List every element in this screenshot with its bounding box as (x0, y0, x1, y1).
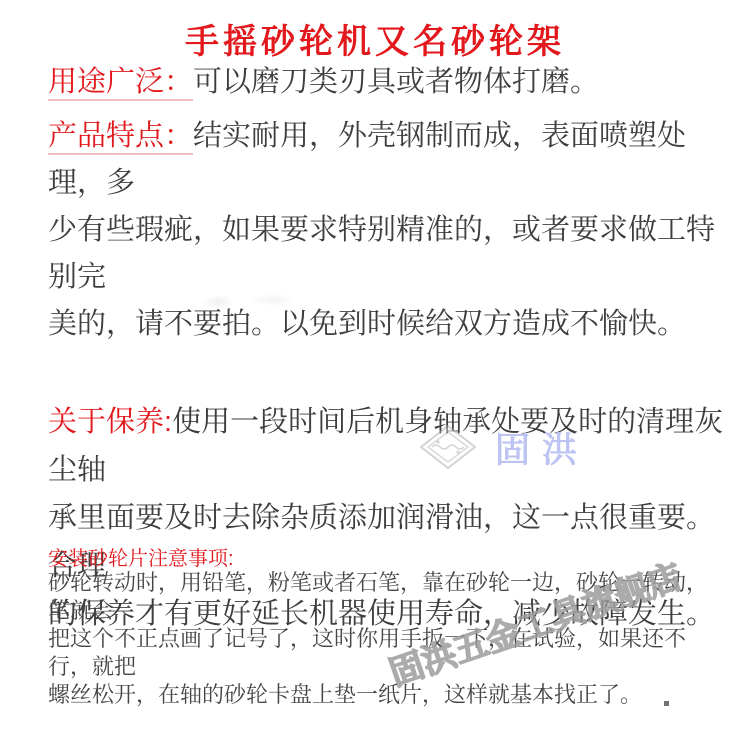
features-paragraph: 产品特点：结实耐用，外壳钢制而成，表面喷塑处理，多 少有些瑕疵，如果要求特别精准… (48, 113, 726, 348)
page-title: 手摇砂轮机又名砂轮架 (0, 14, 750, 63)
features-label: 产品特点： (48, 120, 193, 155)
product-description-page: 手摇砂轮机又名砂轮架 用途广泛：可以磨刀类刃具或者物体打磨。 产品特点：结实耐用… (0, 0, 750, 750)
speck-artifact (664, 701, 669, 706)
diamond-seal-icon (420, 425, 476, 469)
brand-watermark-blue: 固洪 (495, 423, 589, 473)
usage-label: 用途广泛： (48, 66, 193, 101)
install-notes-title: 安装砂轮片注意事项: (48, 542, 234, 571)
maintenance-label: 关于保养: (48, 406, 172, 438)
usage-text: 可以磨刀类刃具或者物体打磨。 (193, 66, 599, 98)
usage-paragraph: 用途广泛：可以磨刀类刃具或者物体打磨。 (48, 62, 599, 102)
faint-watermark-smudge (188, 288, 306, 314)
